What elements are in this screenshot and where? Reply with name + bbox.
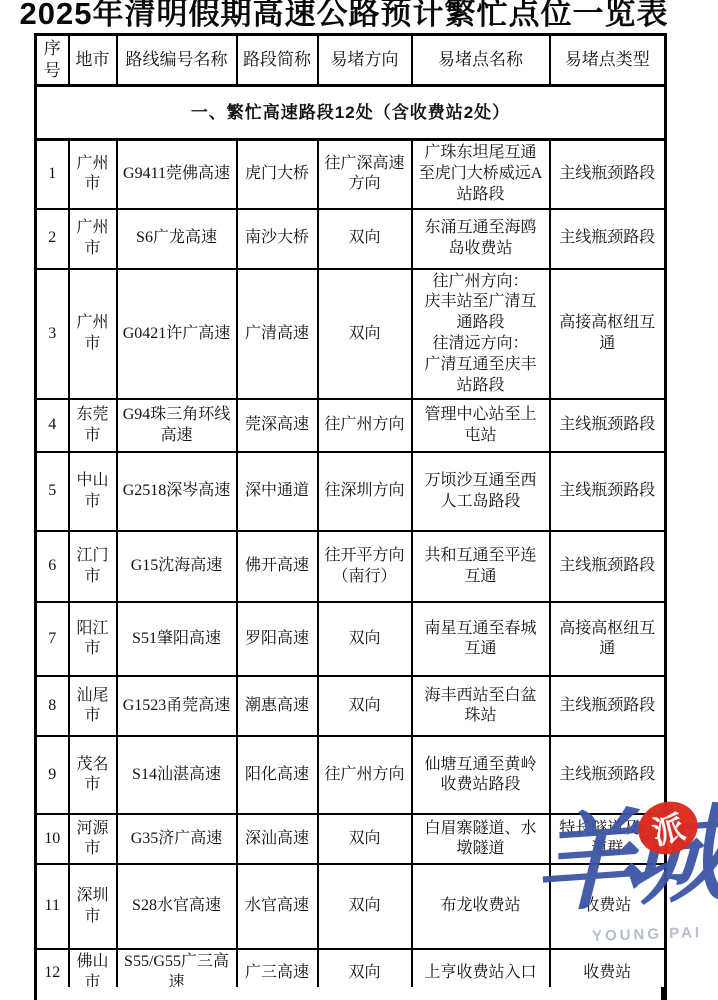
cell-city: 阳江市 <box>69 602 117 676</box>
cell-row-number: 8 <box>36 676 69 736</box>
cell-row-number: 10 <box>36 814 69 864</box>
cell-section-name: 南沙大桥 <box>237 209 318 269</box>
cell-direction: 往深圳方向 <box>318 452 412 531</box>
cell-route-name: G35济广高速 <box>117 814 237 864</box>
cell-route-name: S28水官高速 <box>117 864 237 949</box>
cell-congestion-point: 仙塘互通至黄岭收费站路段 <box>412 736 550 814</box>
table-row: 2广州市S6广龙高速南沙大桥双向东涌互通至海鸥岛收费站主线瓶颈路段 <box>36 209 666 269</box>
cell-direction: 双向 <box>318 209 412 269</box>
cell-route-name: G1523甬莞高速 <box>117 676 237 736</box>
cell-city: 江门市 <box>69 531 117 602</box>
page-title: 2025年清明假期高速公路预计繁忙点位一览表 <box>14 0 674 31</box>
cell-row-number: 5 <box>36 452 69 531</box>
cell-direction: 双向 <box>318 814 412 864</box>
cell-direction: 往开平方向 （南行） <box>318 531 412 602</box>
cell-row-number: 1 <box>36 140 69 209</box>
cell-row-number: 9 <box>36 736 69 814</box>
cell-city: 汕尾市 <box>69 676 117 736</box>
cell-city: 中山市 <box>69 452 117 531</box>
cell-row-number: 11 <box>36 864 69 949</box>
cell-route-name: G2518深岑高速 <box>117 452 237 531</box>
cell-route-name: S51肇阳高速 <box>117 602 237 676</box>
cell-congestion-type: 主线瓶颈路段 <box>550 676 666 736</box>
cell-section-name: 深中通道 <box>237 452 318 531</box>
section-header: 一、繁忙高速路段12处（含收费站2处） <box>36 86 666 140</box>
cell-row-number: 3 <box>36 269 69 400</box>
col-header-route: 路线编号名称 <box>117 35 237 86</box>
cell-congestion-point: 布龙收费站 <box>412 864 550 949</box>
cell-congestion-point: 东涌互通至海鸥岛收费站 <box>412 209 550 269</box>
cell-row-number: 7 <box>36 602 69 676</box>
cell-city: 茂名市 <box>69 736 117 814</box>
cell-congestion-type: 收费站 <box>550 864 666 949</box>
cell-section-name: 虎门大桥 <box>237 140 318 209</box>
cell-congestion-type: 主线瓶颈路段 <box>550 736 666 814</box>
cell-row-number: 2 <box>36 209 69 269</box>
table-row: 11深圳市S28水官高速水官高速双向布龙收费站收费站 <box>36 864 666 949</box>
next-row-partial <box>34 987 664 1000</box>
cell-congestion-point: 白眉寨隧道、水墩隧道 <box>412 814 550 864</box>
cell-congestion-type: 主线瓶颈路段 <box>550 140 666 209</box>
cell-direction: 双向 <box>318 676 412 736</box>
table-row: 4东莞市G94珠三角环线高速莞深高速往广州方向管理中心站至上屯站主线瓶颈路段 <box>36 399 666 452</box>
table-row: 8汕尾市G1523甬莞高速潮惠高速双向海丰西站至白盆珠站主线瓶颈路段 <box>36 676 666 736</box>
col-header-direction: 易堵方向 <box>318 35 412 86</box>
cell-congestion-point: 海丰西站至白盆珠站 <box>412 676 550 736</box>
cell-route-name: G0421许广高速 <box>117 269 237 400</box>
col-header-point: 易堵点名称 <box>412 35 550 86</box>
cell-section-name: 罗阳高速 <box>237 602 318 676</box>
cell-congestion-type: 主线瓶颈路段 <box>550 209 666 269</box>
cell-congestion-point: 南星互通至春城互通 <box>412 602 550 676</box>
table-row: 6江门市G15沈海高速佛开高速往开平方向 （南行）共和互通至平连互通主线瓶颈路段 <box>36 531 666 602</box>
col-header-type: 易堵点类型 <box>550 35 666 86</box>
cell-city: 广州市 <box>69 269 117 400</box>
cell-direction: 双向 <box>318 602 412 676</box>
cell-direction: 往广州方向 <box>318 399 412 452</box>
congestion-table: 序号 地市 路线编号名称 路段简称 易堵方向 易堵点名称 易堵点类型 一、繁忙高… <box>34 33 667 1000</box>
table-row: 1广州市G9411莞佛高速虎门大桥往广深高速方向广珠东坦尾互通至虎门大桥威远A站… <box>36 140 666 209</box>
cell-congestion-type: 高接高枢纽互通 <box>550 269 666 400</box>
cell-congestion-point: 广珠东坦尾互通至虎门大桥威远A站路段 <box>412 140 550 209</box>
cell-congestion-type: 主线瓶颈路段 <box>550 399 666 452</box>
section-header-row: 一、繁忙高速路段12处（含收费站2处） <box>36 86 666 140</box>
cell-congestion-type: 高接高枢纽互通 <box>550 602 666 676</box>
col-header-section: 路段简称 <box>237 35 318 86</box>
cell-section-name: 深汕高速 <box>237 814 318 864</box>
table-row: 7阳江市S51肇阳高速罗阳高速双向南星互通至春城互通高接高枢纽互通 <box>36 602 666 676</box>
table-header-row: 序号 地市 路线编号名称 路段简称 易堵方向 易堵点名称 易堵点类型 <box>36 35 666 86</box>
cell-direction: 往广州方向 <box>318 736 412 814</box>
page: 2025年清明假期高速公路预计繁忙点位一览表 序号 地市 路线编号名称 路段简称… <box>0 0 718 1000</box>
cell-city: 广州市 <box>69 140 117 209</box>
cell-congestion-point: 共和互通至平连互通 <box>412 531 550 602</box>
cell-city: 河源市 <box>69 814 117 864</box>
cell-congestion-point: 万顷沙互通至西人工岛路段 <box>412 452 550 531</box>
cell-congestion-type: 特长隧道及隧道群 <box>550 814 666 864</box>
cell-city: 东莞市 <box>69 399 117 452</box>
cell-route-name: S6广龙高速 <box>117 209 237 269</box>
cell-direction: 双向 <box>318 269 412 400</box>
cell-section-name: 佛开高速 <box>237 531 318 602</box>
cell-route-name: G94珠三角环线高速 <box>117 399 237 452</box>
cell-congestion-point: 往广州方向： 庆丰站至广清互通路段 往清远方向： 广清互通至庆丰站路段 <box>412 269 550 400</box>
cell-section-name: 莞深高速 <box>237 399 318 452</box>
cell-route-name: G9411莞佛高速 <box>117 140 237 209</box>
table-row: 9茂名市S14汕湛高速阳化高速往广州方向仙塘互通至黄岭收费站路段主线瓶颈路段 <box>36 736 666 814</box>
cell-direction: 往广深高速方向 <box>318 140 412 209</box>
cell-section-name: 水官高速 <box>237 864 318 949</box>
col-header-no: 序号 <box>36 35 69 86</box>
col-header-city: 地市 <box>69 35 117 86</box>
table-row: 3广州市G0421许广高速广清高速双向往广州方向： 庆丰站至广清互通路段 往清远… <box>36 269 666 400</box>
cell-route-name: G15沈海高速 <box>117 531 237 602</box>
cell-direction: 双向 <box>318 864 412 949</box>
cell-city: 广州市 <box>69 209 117 269</box>
cell-route-name: S14汕湛高速 <box>117 736 237 814</box>
cell-city: 深圳市 <box>69 864 117 949</box>
cell-congestion-type: 主线瓶颈路段 <box>550 452 666 531</box>
table-row: 5中山市G2518深岑高速深中通道往深圳方向万顷沙互通至西人工岛路段主线瓶颈路段 <box>36 452 666 531</box>
cell-section-name: 广清高速 <box>237 269 318 400</box>
cell-section-name: 阳化高速 <box>237 736 318 814</box>
cell-section-name: 潮惠高速 <box>237 676 318 736</box>
cell-row-number: 4 <box>36 399 69 452</box>
cell-row-number: 6 <box>36 531 69 602</box>
table-row: 10河源市G35济广高速深汕高速双向白眉寨隧道、水墩隧道特长隧道及隧道群 <box>36 814 666 864</box>
cell-congestion-point: 管理中心站至上屯站 <box>412 399 550 452</box>
cell-congestion-type: 主线瓶颈路段 <box>550 531 666 602</box>
